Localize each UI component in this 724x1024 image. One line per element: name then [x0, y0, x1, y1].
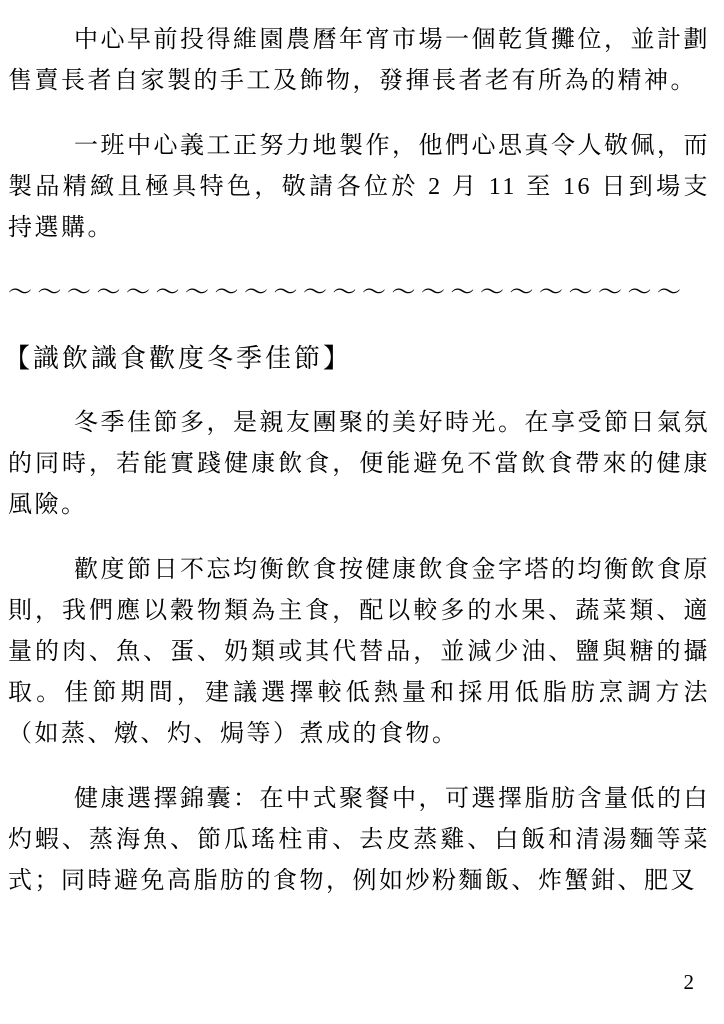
section-paragraph-1: 冬季佳節多，是親友團聚的美好時光。在享受節日氣氛的同時，若能實踐健康飲食，便能避…: [8, 403, 710, 526]
section-paragraph-2: 歡度節日不忘均衡飲食按健康飲食金字塔的均衡飲食原則，我們應以穀物類為主食，配以較…: [8, 550, 710, 755]
intro-paragraph-2: 一班中心義工正努力地製作，他們心思真令人敬佩，而製品精緻且極具特色，敬請各位於 …: [8, 126, 710, 249]
page-number: 2: [684, 968, 695, 996]
document-page: 中心早前投得維園農曆年宵市場一個乾貨攤位，並計劃售賣長者自家製的手工及飾物，發揮…: [0, 0, 724, 1024]
section-heading: 【識飲識食歡度冬季佳節】: [4, 338, 710, 379]
intro-paragraph-1: 中心早前投得維園農曆年宵市場一個乾貨攤位，並計劃售賣長者自家製的手工及飾物，發揮…: [8, 20, 710, 102]
section-paragraph-3: 健康選擇錦囊：在中式聚餐中，可選擇脂肪含量低的白灼蝦、蒸海魚、節瓜瑤柱甫、去皮蒸…: [8, 779, 710, 902]
wavy-line-separator: ～～～～～～～～～～～～～～～～～～～～～～～: [8, 273, 710, 314]
